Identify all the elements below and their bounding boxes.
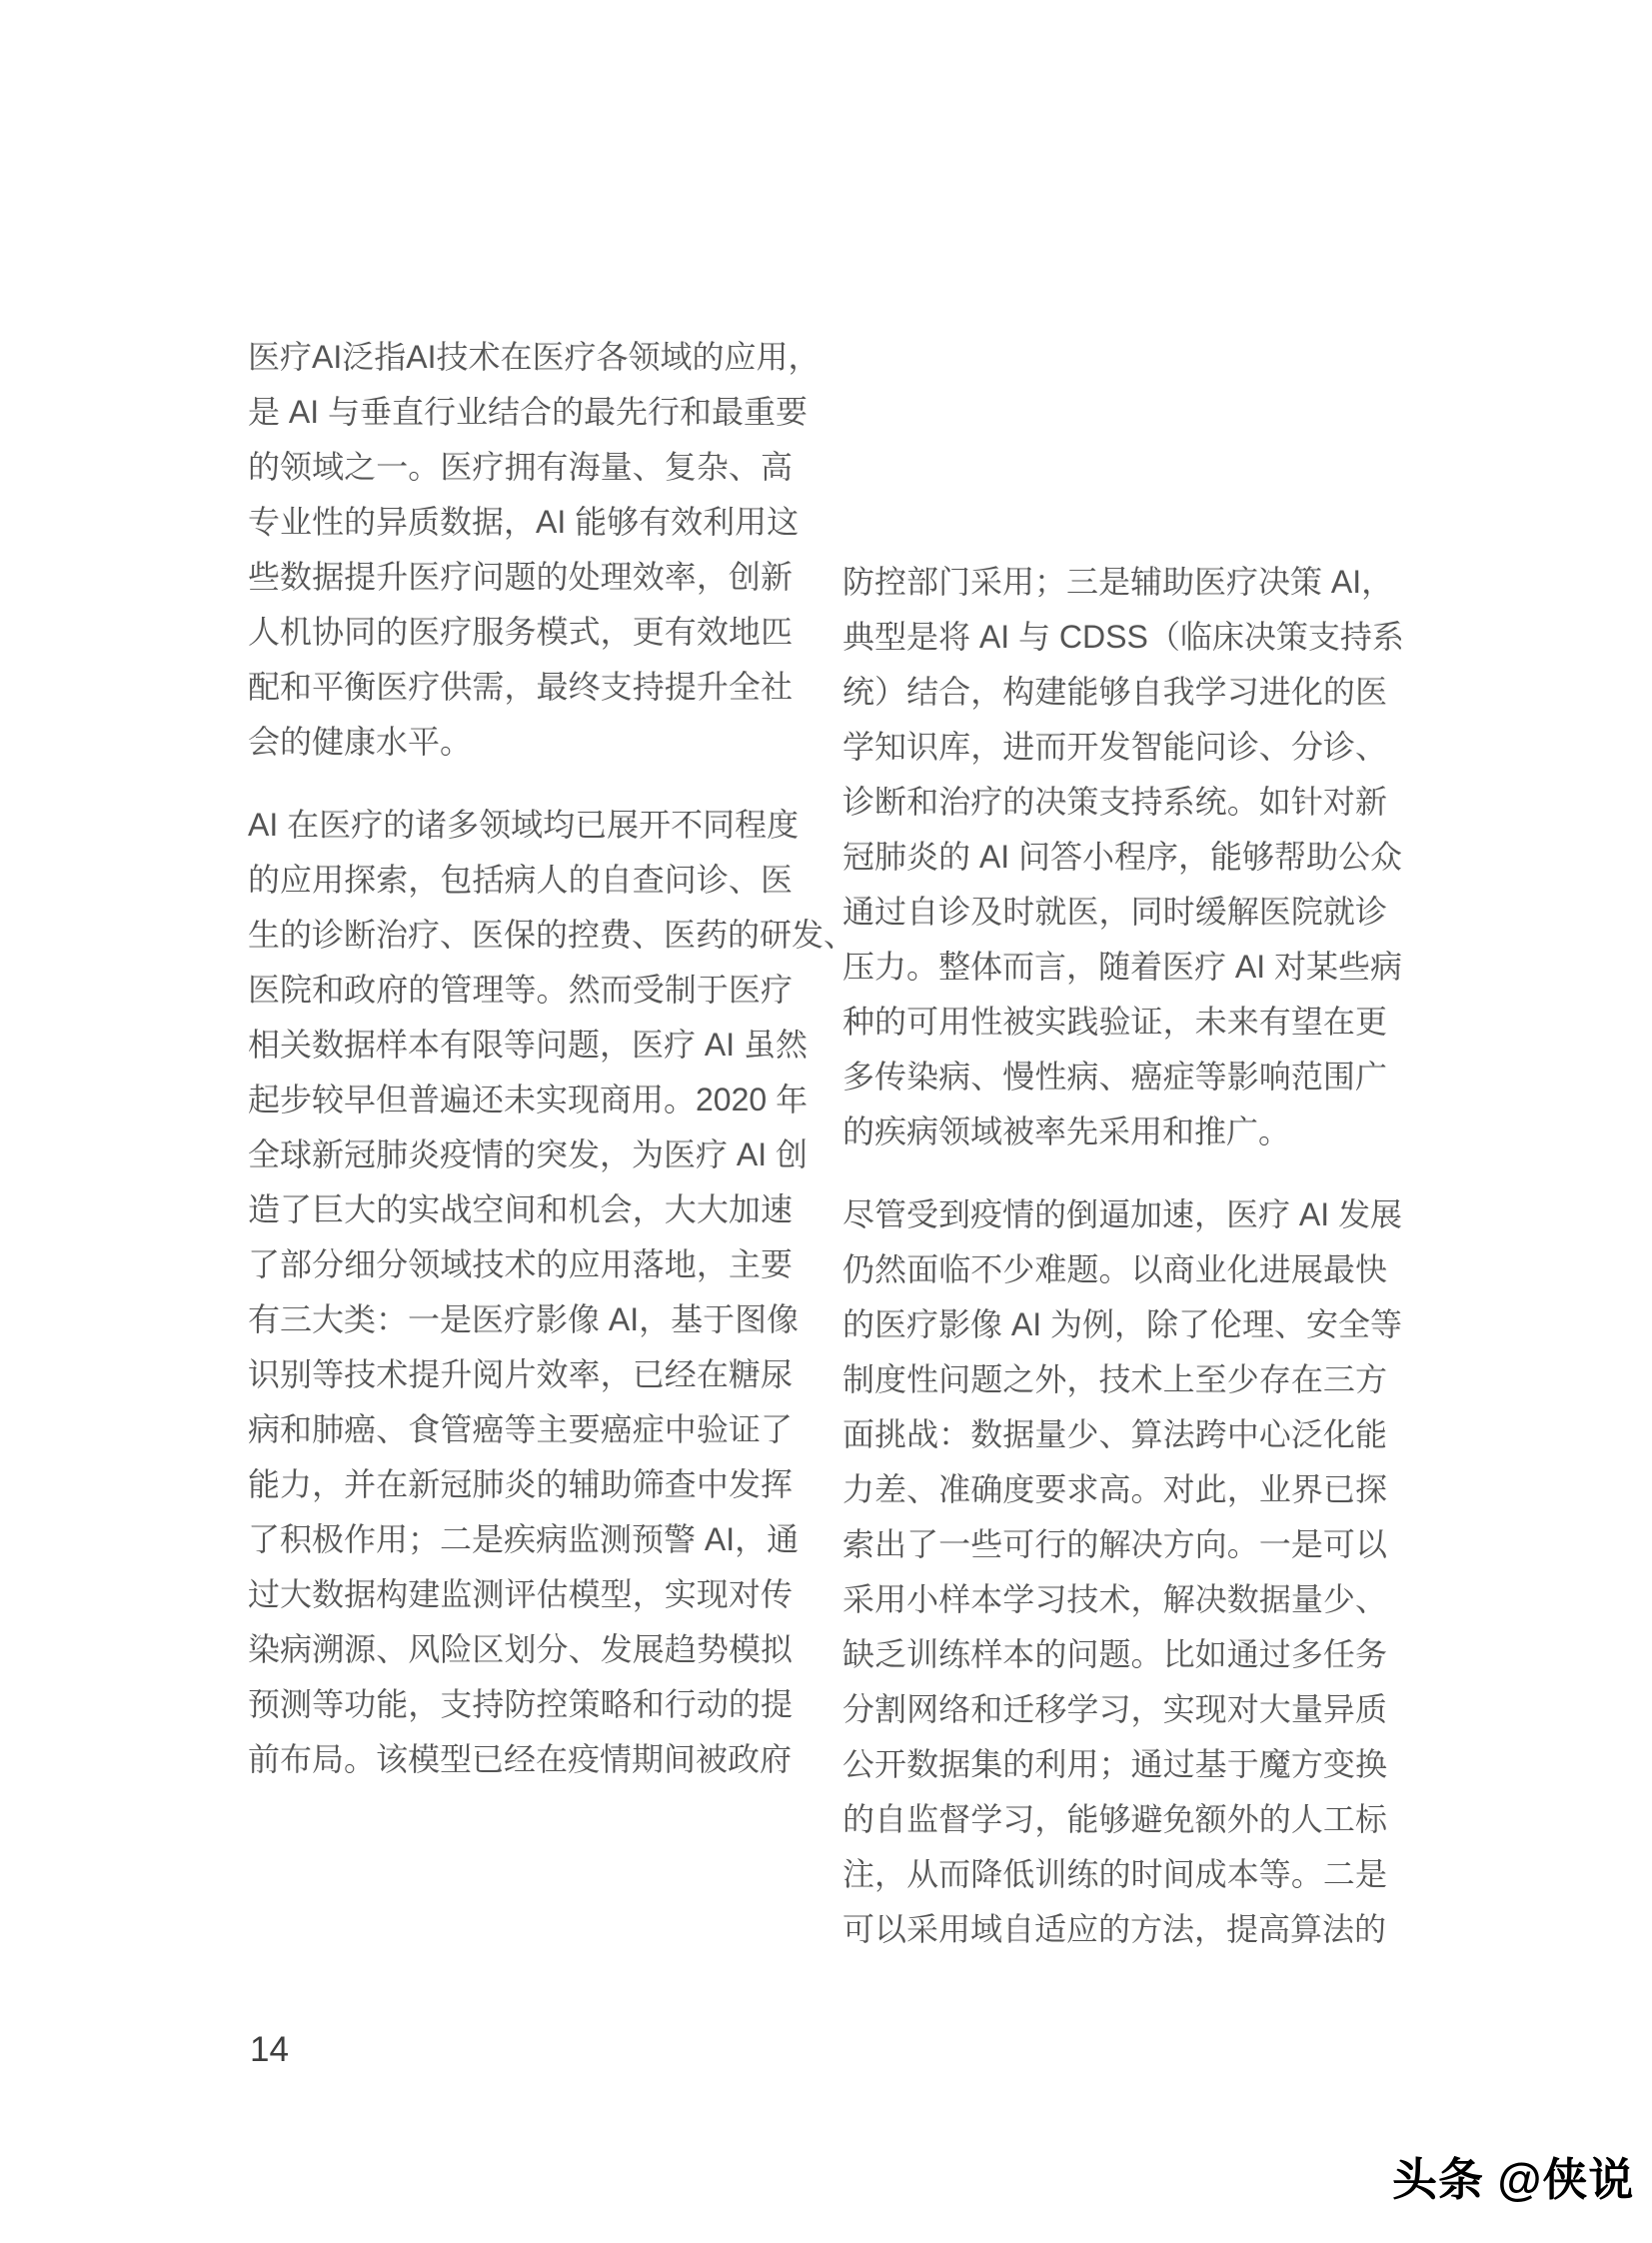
text-line: 缺乏训练样本的问题。比如通过多任务 <box>842 1627 1387 1682</box>
paragraph: 尽管受到疫情的倒逼加速，医疗 AI 发展仍然面临不少难题。以商业化进展最快的医疗… <box>842 1187 1387 1957</box>
right-text-column: 防控部门采用；三是辅助医疗决策 AI，典型是将 AI 与 CDSS（临床决策支持… <box>842 555 1387 1957</box>
text-line: 医疗AI泛指AI技术在医疗各领域的应用， <box>248 330 793 385</box>
text-line: AI 在医疗的诸多领域均已展开不同程度 <box>248 798 793 853</box>
text-line: 有三大类：一是医疗影像 AI，基于图像 <box>248 1292 793 1347</box>
text-line: 制度性问题之外，技术上至少存在三方 <box>842 1352 1387 1407</box>
text-line: 尽管受到疫情的倒逼加速，医疗 AI 发展 <box>842 1187 1387 1242</box>
text-line: 索出了一些可行的解决方向。一是可以 <box>842 1517 1387 1572</box>
text-line: 的自监督学习，能够避免额外的人工标 <box>842 1792 1387 1847</box>
text-line: 医院和政府的管理等。然而受制于医疗 <box>248 963 793 1018</box>
document-page: 医疗AI泛指AI技术在医疗各领域的应用，是 AI 与垂直行业结合的最先行和最重要… <box>0 0 1652 2243</box>
text-line: 配和平衡医疗供需，最终支持提升全社 <box>248 660 793 715</box>
text-line: 分割网络和迁移学习，实现对大量异质 <box>842 1682 1387 1737</box>
text-line: 仍然面临不少难题。以商业化进展最快 <box>842 1242 1387 1297</box>
text-line: 力差、准确度要求高。对此，业界已探 <box>842 1462 1387 1517</box>
text-line: 前布局。该模型已经在疫情期间被政府 <box>248 1732 793 1787</box>
text-line: 染病溯源、风险区划分、发展趋势模拟 <box>248 1622 793 1677</box>
text-line: 压力。整体而言，随着医疗 AI 对某些病 <box>842 940 1387 995</box>
text-line: 公开数据集的利用；通过基于魔方变换 <box>842 1737 1387 1792</box>
text-line: 专业性的异质数据，AI 能够有效利用这 <box>248 495 793 550</box>
text-line: 是 AI 与垂直行业结合的最先行和最重要 <box>248 385 793 440</box>
text-line: 的医疗影像 AI 为例，除了伦理、安全等 <box>842 1297 1387 1352</box>
text-line: 诊断和治疗的决策支持系统。如针对新 <box>842 775 1387 830</box>
text-line: 注，从而降低训练的时间成本等。二是 <box>842 1847 1387 1902</box>
left-text-column: 医疗AI泛指AI技术在医疗各领域的应用，是 AI 与垂直行业结合的最先行和最重要… <box>248 330 793 1787</box>
text-line: 起步较早但普遍还未实现商用。2020 年 <box>248 1073 793 1127</box>
paragraph: AI 在医疗的诸多领域均已展开不同程度的应用探索，包括病人的自查问诊、医生的诊断… <box>248 798 793 1787</box>
text-line: 会的健康水平。 <box>248 715 793 770</box>
text-line: 冠肺炎的 AI 问答小程序，能够帮助公众 <box>842 830 1387 885</box>
text-line: 人机协同的医疗服务模式，更有效地匹 <box>248 605 793 660</box>
text-line: 多传染病、慢性病、癌症等影响范围广 <box>842 1050 1387 1105</box>
text-line: 生的诊断治疗、医保的控费、医药的研发、 <box>248 908 793 963</box>
text-line: 的应用探索，包括病人的自查问诊、医 <box>248 853 793 908</box>
text-line: 造了巨大的实战空间和机会，大大加速 <box>248 1182 793 1237</box>
text-line: 面挑战：数据量少、算法跨中心泛化能 <box>842 1407 1387 1462</box>
page-number: 14 <box>250 2029 289 2071</box>
text-line: 全球新冠肺炎疫情的突发，为医疗 AI 创 <box>248 1127 793 1182</box>
text-line: 种的可用性被实践验证，未来有望在更 <box>842 995 1387 1050</box>
text-line: 统）结合，构建能够自我学习进化的医 <box>842 665 1387 720</box>
text-line: 典型是将 AI 与 CDSS（临床决策支持系 <box>842 610 1387 665</box>
text-line: 病和肺癌、食管癌等主要癌症中验证了 <box>248 1402 793 1457</box>
text-line: 的疾病领域被率先采用和推广。 <box>842 1105 1387 1159</box>
paragraph: 防控部门采用；三是辅助医疗决策 AI，典型是将 AI 与 CDSS（临床决策支持… <box>842 555 1387 1159</box>
text-line: 些数据提升医疗问题的处理效率，创新 <box>248 550 793 605</box>
text-line: 可以采用域自适应的方法，提高算法的 <box>842 1902 1387 1957</box>
text-line: 学知识库，进而开发智能问诊、分诊、 <box>842 720 1387 775</box>
text-line: 采用小样本学习技术，解决数据量少、 <box>842 1572 1387 1627</box>
text-line: 防控部门采用；三是辅助医疗决策 AI， <box>842 555 1387 610</box>
text-line: 的领域之一。医疗拥有海量、复杂、高 <box>248 440 793 495</box>
text-line: 过大数据构建监测评估模型，实现对传 <box>248 1567 793 1622</box>
text-line: 相关数据样本有限等问题，医疗 AI 虽然 <box>248 1018 793 1073</box>
text-line: 通过自诊及时就医，同时缓解医院就诊 <box>842 885 1387 940</box>
text-line: 了积极作用；二是疾病监测预警 AI，通 <box>248 1512 793 1567</box>
text-line: 了部分细分领域技术的应用落地，主要 <box>248 1237 793 1292</box>
text-line: 预测等功能，支持防控策略和行动的提 <box>248 1677 793 1732</box>
watermark: 头条 @侠说 <box>1392 2154 1634 2206</box>
text-line: 识别等技术提升阅片效率，已经在糖尿 <box>248 1347 793 1402</box>
text-line: 能力，并在新冠肺炎的辅助筛查中发挥 <box>248 1457 793 1512</box>
paragraph: 医疗AI泛指AI技术在医疗各领域的应用，是 AI 与垂直行业结合的最先行和最重要… <box>248 330 793 770</box>
